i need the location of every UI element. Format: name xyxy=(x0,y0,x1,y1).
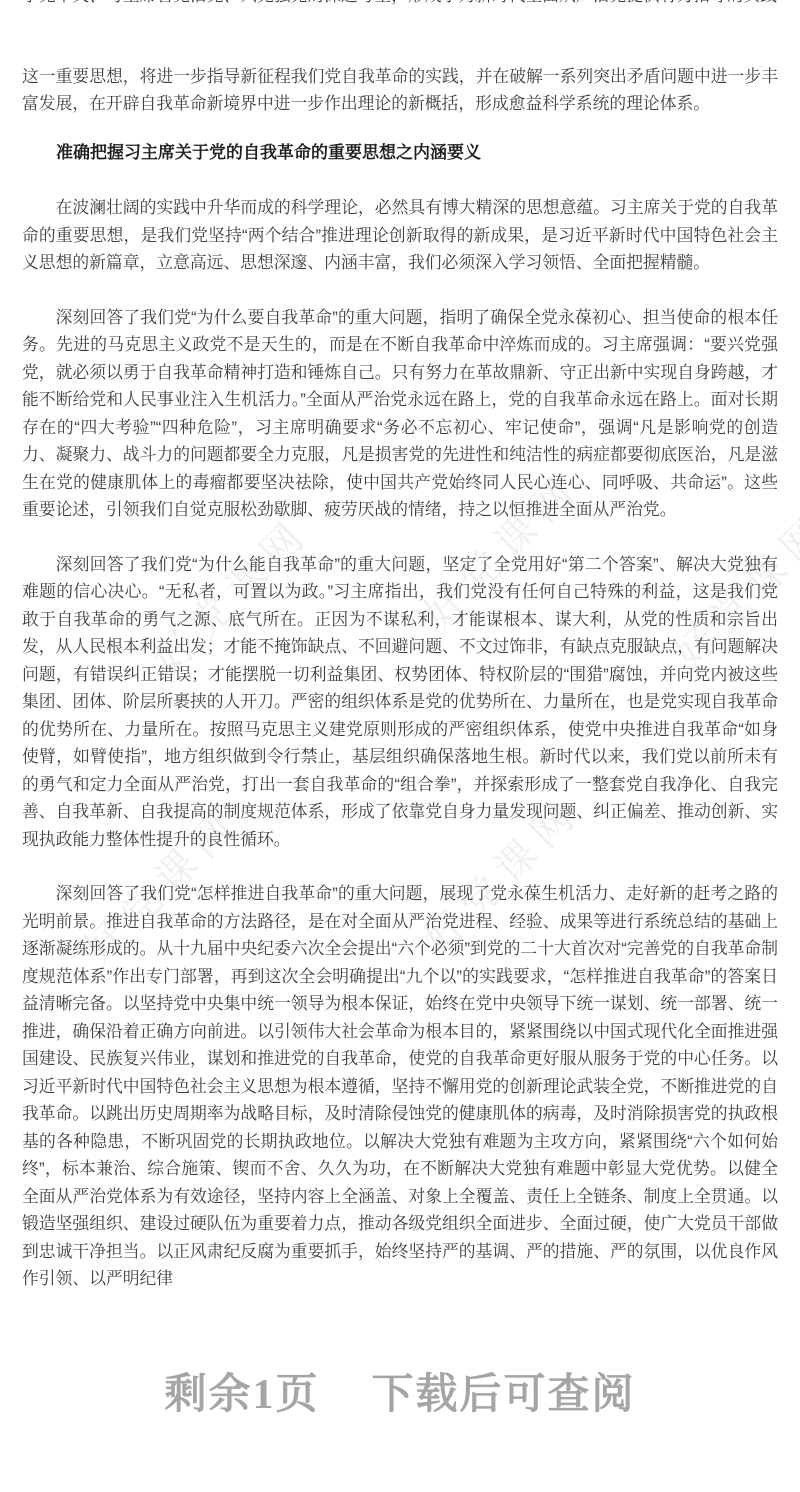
paragraph: 深刻回答了我们党“为什么要自我革命”的重大问题，指明了确保全党永葆初心、担当使命… xyxy=(22,304,778,524)
download-hint-label: 下载后可查阅 xyxy=(372,1372,636,1418)
remaining-pages-banner: 剩余1页下载后可查阅 xyxy=(0,1371,800,1419)
pages-remaining-label: 剩余1页 xyxy=(164,1372,319,1418)
document-preview-page: 好党课网 好党课网 好党课网 好党课网 好党课网 于党中央、习主席管党治党、兴党… xyxy=(0,0,800,1492)
paragraph: 在波澜壮阔的实践中升华而成的科学理论，必然具有博大精深的思想意蕴。习主席关于党的… xyxy=(22,194,778,277)
paragraph-intro: 这一重要思想，将进一步指导新征程我们党自我革命的实践，并在破解一系列突出矛盾问题… xyxy=(22,63,778,118)
document-body: 于党中央、习主席管党治党、兴党强党的深远考量，形成于为新时代全面从严治党提供有力… xyxy=(0,0,800,1293)
clipped-top-line: 于党中央、习主席管党治党、兴党强党的深远考量，形成于为新时代全面从严治党提供有力… xyxy=(22,0,778,10)
section-heading: 准确把握习主席关于党的自我革命的重要思想之内涵要义 xyxy=(22,139,778,167)
paragraph: 深刻回答了我们党“为什么能自我革命”的重大问题，坚定了全党用好“第二个答案”、解… xyxy=(22,551,778,854)
paragraph: 深刻回答了我们党“怎样推进自我革命”的重大问题，展现了党永葆生机活力、走好新的赶… xyxy=(22,880,778,1293)
